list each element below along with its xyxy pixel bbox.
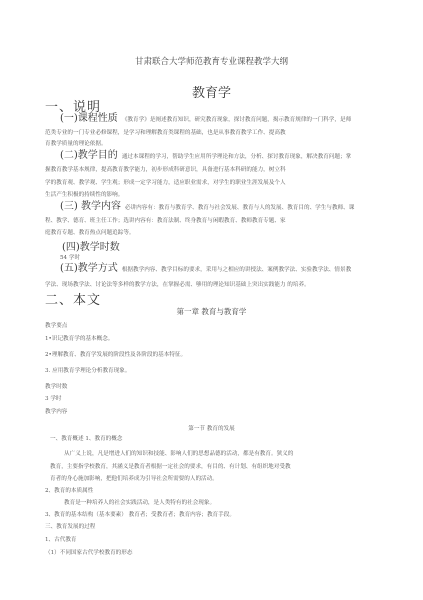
section-item-10: （1）不同国家古代学校教育的形态 [45, 550, 132, 557]
teaching-hours-label: (四)教学时数 [62, 238, 120, 253]
teaching-method-line-2: 学法、现场教学法、讨论法等多样的教学方法，在掌握必需、够用的理论知识基础上突出实… [45, 282, 310, 289]
teaching-goal-line-3: 学的教育观、教学观、学生观；形成一定学习能力，适应职业需求，对学生的职业生涯发展… [45, 180, 286, 187]
key-point-2: 2•理解教育、教育学发展的阶段性及各阶段的基本特征。 [45, 352, 186, 359]
course-nature-line-1: (一)课程性质《教育学》是阐述教育知识，研究教育现象，探讨教育问题，揭示教育规律… [60, 115, 351, 124]
section-item-6: 教育是一种培养人的社会实践活动，是人类特有的社会现象。 [64, 500, 215, 507]
teaching-method-text-1: 根据教学内容、教学目标的要求，采用与之相应的讲授法、案例教学法、实验教学法、情景… [122, 267, 351, 273]
section-item-8: 三、教育发展的过程 [45, 524, 95, 531]
section-item-5: 2、教育的本质属性 [45, 488, 93, 495]
key-point-3: 3. 应用教育学理论分析教育现象。 [45, 368, 130, 375]
section-item-2: 从广义上说，凡是增进人们的知识和技能、影响人们的思想品德的活动，都是有教育。狭义… [64, 451, 293, 458]
course-nature-text-1: 《教育学》是阐述教育知识，研究教育现象，探讨教育问题，揭示教育规律的一门科学，是… [122, 117, 351, 123]
teaching-goal-text-1: 通过本课程的学习，帮助学生应用所学理论和方法，分析、探讨教育现象，解决教育问题；… [122, 154, 351, 160]
teaching-hours-value: 54 学时 [60, 255, 80, 262]
teaching-goal-line-4: 生活产生积极的持续性的影响。 [45, 192, 123, 199]
course-nature-label: (一)课程性质 [60, 113, 118, 124]
teaching-content-line-3: 庭教育专题、教育热点问题追踪等。 [45, 230, 135, 237]
teaching-method-line-1: (五)教学方式根据教学内容、教学目标的要求，采用与之相应的讲授法、案例教学法、实… [60, 265, 351, 274]
teaching-content-line-1: (三) 教学内容必讲内容有：教育与教育学、教育与社会发展、教育与人的发展、教育目… [60, 203, 354, 212]
document-page: 甘肃联合大学师范教育专业课程教学大纲 教育学 一、说明 (一)课程性质《教育学》… [0, 0, 423, 600]
course-nature-line-2: 范类专业的一门专业必修课程，是学习和理解教育类课程的基础，也是从事教育教学工作、… [45, 130, 286, 137]
section-item-4: 育者的身心施加影响，把他们培养成为引导社会所需要的人的活动。 [50, 476, 218, 483]
hours-label: 教学时数 [45, 384, 67, 391]
teaching-content-line-2: 程、教学、德育、班主任工作；选讲内容有：教育法制、终身教育与闲暇教育、教师教育专… [45, 218, 286, 225]
section-item-1: 一、教育概述 1、教育的概念 [50, 436, 122, 443]
teaching-method-label: (五)教学方式 [60, 263, 118, 274]
key-point-1: 1•识记教育学的基本概念。 [45, 336, 113, 343]
teaching-content-label: (三) 教学内容 [60, 201, 121, 212]
section-item-9: 1、古代教育 [45, 537, 77, 544]
section-item-3: 教育，主要指学校教育，其涵义是教育者根据一定社会的要求，有目的、有计划、有组织地… [50, 464, 291, 471]
teaching-content-text-1: 必讲内容有：教育与教育学、教育与社会发展、教育与人的发展、教育目的、学生与教师、… [125, 205, 354, 211]
content-label: 教学内容 [45, 409, 67, 416]
key-points-label: 教学要点 [45, 323, 67, 330]
teaching-goal-label: (二)教学目的 [60, 150, 118, 161]
teaching-goal-line-2: 握教育教学基本规律，提高教育教学能力，初步形成科研意识，具备进行基本科研的能力，… [45, 167, 286, 174]
teaching-goal-line-1: (二)教学目的通过本课程的学习，帮助学生应用所学理论和方法，分析、探讨教育现象，… [60, 152, 351, 161]
chapter-title: 第一章 教育与教育学 [0, 306, 423, 317]
section-item-7: 3、教育的基本结构（基本要素） 教育者；受教育者；教育内容；教育手段。 [45, 512, 235, 519]
course-nature-line-3: 育教学质量的理论依据。 [45, 141, 107, 148]
section-title: 第一节 教育的发展 [0, 424, 423, 432]
hours-value: 3 学时 [45, 396, 62, 403]
document-header-title: 甘肃联合大学师范教育专业课程教学大纲 [0, 55, 423, 67]
